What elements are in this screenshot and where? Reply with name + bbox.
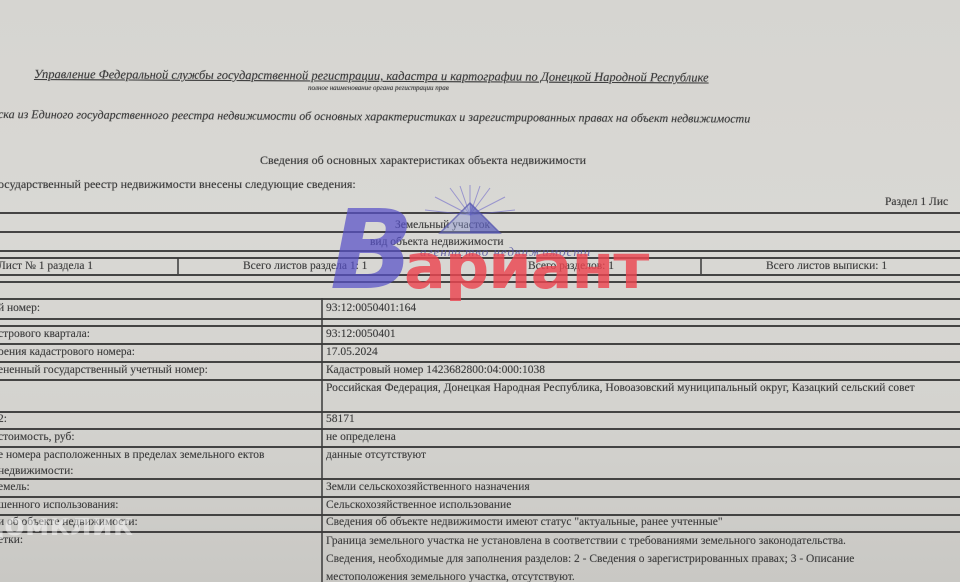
column-divider [177,258,179,274]
row-value-contained-objects: данные отсутствуют [326,449,426,461]
row-label-cadastral-number: й номер: [0,302,40,314]
section-title: Сведения об основных характеристиках объ… [260,153,586,168]
row-label-cadastral-value: стоимость, руб: [0,431,75,443]
authority-caption: полное наименование органа регистрации п… [308,84,449,92]
row-value-permitted-use: Сельскохозяйственное использование [326,499,511,511]
authority-title: Управление Федеральной службы государств… [34,67,709,86]
table-rule [0,318,960,320]
row-value-quarter: 93:12:0050401 [326,328,396,340]
table-rule [0,361,960,363]
row-label-land-category: емель: [0,481,30,493]
row-value-former-number: Кадастровый номер 1423682800:04:000:1038 [326,364,545,376]
column-divider [321,298,323,582]
row-value-assign-date: 17.05.2024 [326,346,378,358]
total-extract-sheets: Всего листов выписки: 1 [766,260,887,272]
table-rule [0,411,960,413]
section-page-label: Раздел 1 Лис [885,196,948,208]
row-value-object-status: Сведения об объекте недвижимости имеют с… [326,516,723,528]
sheet-number: Лист № 1 раздела 1 [0,260,93,272]
column-divider [700,258,702,274]
row-value-area: 58171 [326,413,355,425]
table-rule [0,343,960,345]
row-value-address: Российская Федерация, Донецкая Народная … [326,380,960,396]
row-label-area: 2: [0,413,7,425]
row-label-former-number: ененный государственный учетный номер: [0,364,208,376]
table-rule [0,428,960,430]
watermark-site: домклик [0,508,133,543]
extract-title: ска из Единого государственного реестра … [0,107,750,127]
row-value-land-category: Земли сельскохозяйственного назначения [326,481,530,493]
row-value-notes: Граница земельного участка не установлен… [326,532,886,582]
intro-line: осударственный реестр недвижимости внесе… [0,177,356,192]
row-label-contained-objects: е номера расположенных в пределах земель… [0,447,298,479]
row-label-quarter: стрового квартала: [0,328,90,340]
table-rule [0,496,960,498]
row-label-assign-date: оения кадастрового номера: [0,346,135,358]
table-rule [0,325,960,327]
watermark-brand: ариант [404,236,648,298]
row-value-cadastral-value: не определена [326,431,396,443]
